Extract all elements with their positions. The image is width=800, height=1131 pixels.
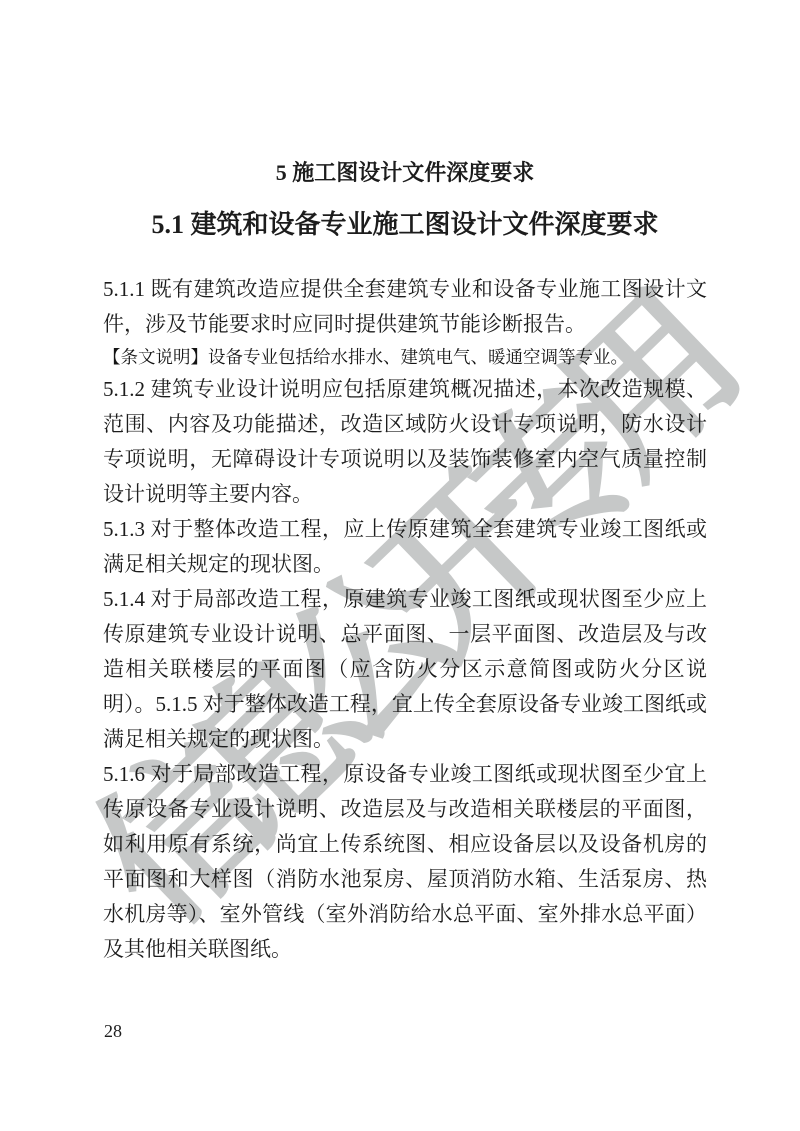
document-content: 5 施工图设计文件深度要求 5.1 建筑和设备专业施工图设计文件深度要求 5.1… [103, 158, 707, 967]
document-page: 信息公开专用 5 施工图设计文件深度要求 5.1 建筑和设备专业施工图设计文件深… [0, 0, 800, 1131]
section-heading: 5.1 建筑和设备专业施工图设计文件深度要求 [103, 208, 707, 242]
paragraph-5-1-1: 5.1.1 既有建筑改造应提供全套建筑专业和设备专业施工图设计文件，涉及节能要求… [103, 272, 707, 342]
paragraph-5-1-6: 5.1.6 对于局部改造工程，原设备专业竣工图纸或现状图至少宜上传原设备专业设计… [103, 757, 707, 967]
chapter-heading: 5 施工图设计文件深度要求 [103, 158, 707, 188]
paragraph-5-1-2: 5.1.2 建筑专业设计说明应包括原建筑概况描述，本次改造规模、范围、内容及功能… [103, 372, 707, 512]
paragraph-5-1-3: 5.1.3 对于整体改造工程，应上传原建筑全套建筑专业竣工图纸或满足相关规定的现… [103, 512, 707, 582]
commentary-note-5-1-1: 【条文说明】设备专业包括给水排水、建筑电气、暖通空调等专业。 [103, 342, 707, 372]
paragraph-5-1-4-and-5-1-5: 5.1.4 对于局部改造工程，原建筑专业竣工图纸或现状图至少应上传原建筑专业设计… [103, 582, 707, 757]
page-number: 28 [104, 1019, 122, 1043]
